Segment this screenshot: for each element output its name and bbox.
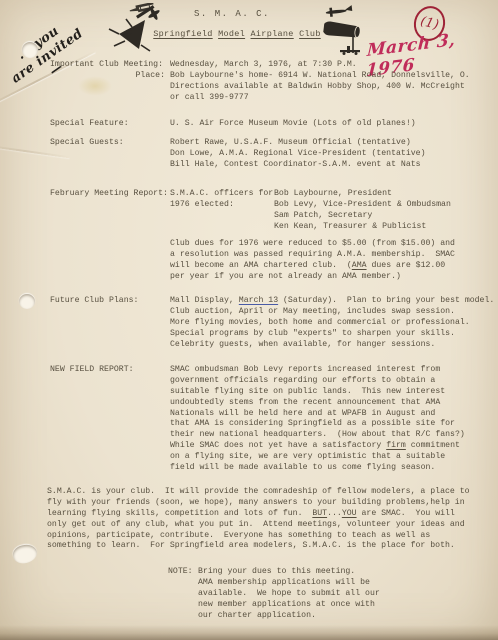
typed-line: Directions available at Baldwin Hobby Sh… xyxy=(170,82,470,93)
title-word: Springfield xyxy=(153,29,212,39)
club-abbreviation: S. M. A. C. xyxy=(170,9,294,19)
punch-hole xyxy=(19,294,35,309)
note-lines: Bring your dues to this meeting.AMA memb… xyxy=(198,567,380,621)
typed-line: Bring your dues to this meeting. xyxy=(198,567,380,578)
punch-hole xyxy=(22,42,38,58)
title-word: Airplane xyxy=(251,29,294,39)
paper-bottom-edge xyxy=(0,625,498,640)
typed-line: While SMAC does not yet have a satisfact… xyxy=(170,441,465,452)
note-label: NOTE: xyxy=(168,567,193,578)
special-guests-label: Special Guests: xyxy=(50,138,124,149)
typed-line: new member applications at once with xyxy=(198,600,380,611)
new-field-report-label: NEW FIELD REPORT: xyxy=(50,365,134,376)
typed-line: learning flying skills, competition and … xyxy=(47,509,470,520)
place-label: Place: xyxy=(47,71,165,82)
typed-line: Bob Levy, Vice-President & Ombudsman xyxy=(274,200,451,211)
meeting-label: Important Club Meeting: xyxy=(50,60,163,71)
typed-line: Club auction, April or May meeting, incl… xyxy=(170,307,494,318)
closing-lines: S.M.A.C. is your club. It will provide t… xyxy=(47,487,470,552)
typed-line: that AMA is considering Springfield as a… xyxy=(170,419,465,430)
title-word: Model xyxy=(218,29,245,39)
typed-line: AMA membership applications will be xyxy=(198,578,380,589)
typed-line: on a flying site, we are very optimistic… xyxy=(170,452,465,463)
typed-line: fly with your friends (soon, we hope), m… xyxy=(47,498,470,509)
typed-line: S.M.A.C. officers for xyxy=(170,189,273,200)
special-feature-text: U. S. Air Force Museum Movie (Lots of ol… xyxy=(170,119,416,130)
officers-intro: S.M.A.C. officers for1976 elected: xyxy=(170,189,273,211)
typed-line: Bob Laybourne, President xyxy=(274,189,451,200)
special-feature-label: Special Feature: xyxy=(50,119,129,130)
typed-line: Sam Patch, Secretary xyxy=(274,211,451,222)
typed-line: More flying movies, both home and commer… xyxy=(170,318,494,329)
typed-line: something to learn. For Springfield area… xyxy=(47,541,470,552)
typed-line: Bob Laybourne's home- 6914 W. National R… xyxy=(170,71,470,82)
typed-line: suitable flying site on public lands. Th… xyxy=(170,387,465,398)
typed-line: S.M.A.C. is your club. It will provide t… xyxy=(47,487,470,498)
typed-line: 1976 elected: xyxy=(170,200,273,211)
typed-line: field will be made available to us come … xyxy=(170,463,465,474)
punch-hole xyxy=(11,542,39,566)
future-plans-lines: Mall Display, March 13 (Saturday). Plan … xyxy=(170,296,494,350)
typed-line: Club dues for 1976 were reduced to $5.00… xyxy=(170,239,455,250)
typed-line: government officials regarding our effor… xyxy=(170,376,465,387)
dues-lines: Club dues for 1976 were reduced to $5.00… xyxy=(170,239,455,283)
typed-line: Ken Kean, Treasurer & Publicist xyxy=(274,222,451,233)
page-number-text: (1) xyxy=(419,14,441,33)
typed-line: opinions, participate, contribute. Every… xyxy=(47,531,470,542)
officers-list: Bob Laybourne, PresidentBob Levy, Vice-P… xyxy=(274,189,451,233)
typed-line: will become an AMA chartered club. (AMA … xyxy=(170,261,455,272)
typed-line: a resolution was passed requiring A.M.A.… xyxy=(170,250,455,261)
typed-line: undoubtedly stems from the recent announ… xyxy=(170,398,465,409)
typed-line: available. We hope to submit all our xyxy=(198,589,380,600)
title-word: Club xyxy=(299,29,321,39)
special-guests-lines: Robert Rawe, U.S.A.F. Museum Official (t… xyxy=(170,138,426,171)
typed-line: only get out of any club, what you put i… xyxy=(47,520,470,531)
typed-line: their new national headquarters. (How ab… xyxy=(170,430,465,441)
club-title: Springfield Model Airplane Club xyxy=(128,29,346,39)
typed-line: Celebrity guests, when available, for ha… xyxy=(170,340,494,351)
typed-line: our charter application. xyxy=(198,611,380,622)
typed-line: Nationals will be held here and at WPAFB… xyxy=(170,409,465,420)
future-plans-label: Future Club Plans: xyxy=(50,296,138,307)
new-field-report-lines: SMAC ombudsman Bob Levy reports increase… xyxy=(170,365,465,474)
typed-line: Mall Display, March 13 (Saturday). Plan … xyxy=(170,296,494,307)
february-report-label: February Meeting Report: xyxy=(50,189,168,200)
typed-line: Special programs by club "experts" to sh… xyxy=(170,329,494,340)
typed-line: Robert Rawe, U.S.A.F. Museum Official (t… xyxy=(170,138,426,149)
meeting-when: Wednesday, March 3, 1976, at 7:30 P.M. xyxy=(170,60,470,71)
typed-line: SMAC ombudsman Bob Levy reports increase… xyxy=(170,365,465,376)
meeting-place-lines: Bob Laybourne's home- 6914 W. National R… xyxy=(170,71,470,104)
typed-line: Bill Hale, Contest Coordinator-S.A.M. ev… xyxy=(170,160,426,171)
typed-line: per year if you are not already an AMA m… xyxy=(170,272,455,283)
newsletter-page: ... you are invited — (1) March 3, 1976 xyxy=(0,0,498,640)
typed-line: or call 399-9777 xyxy=(170,93,470,104)
typed-line: Don Lowe, A.M.A. Regional Vice-President… xyxy=(170,149,426,160)
